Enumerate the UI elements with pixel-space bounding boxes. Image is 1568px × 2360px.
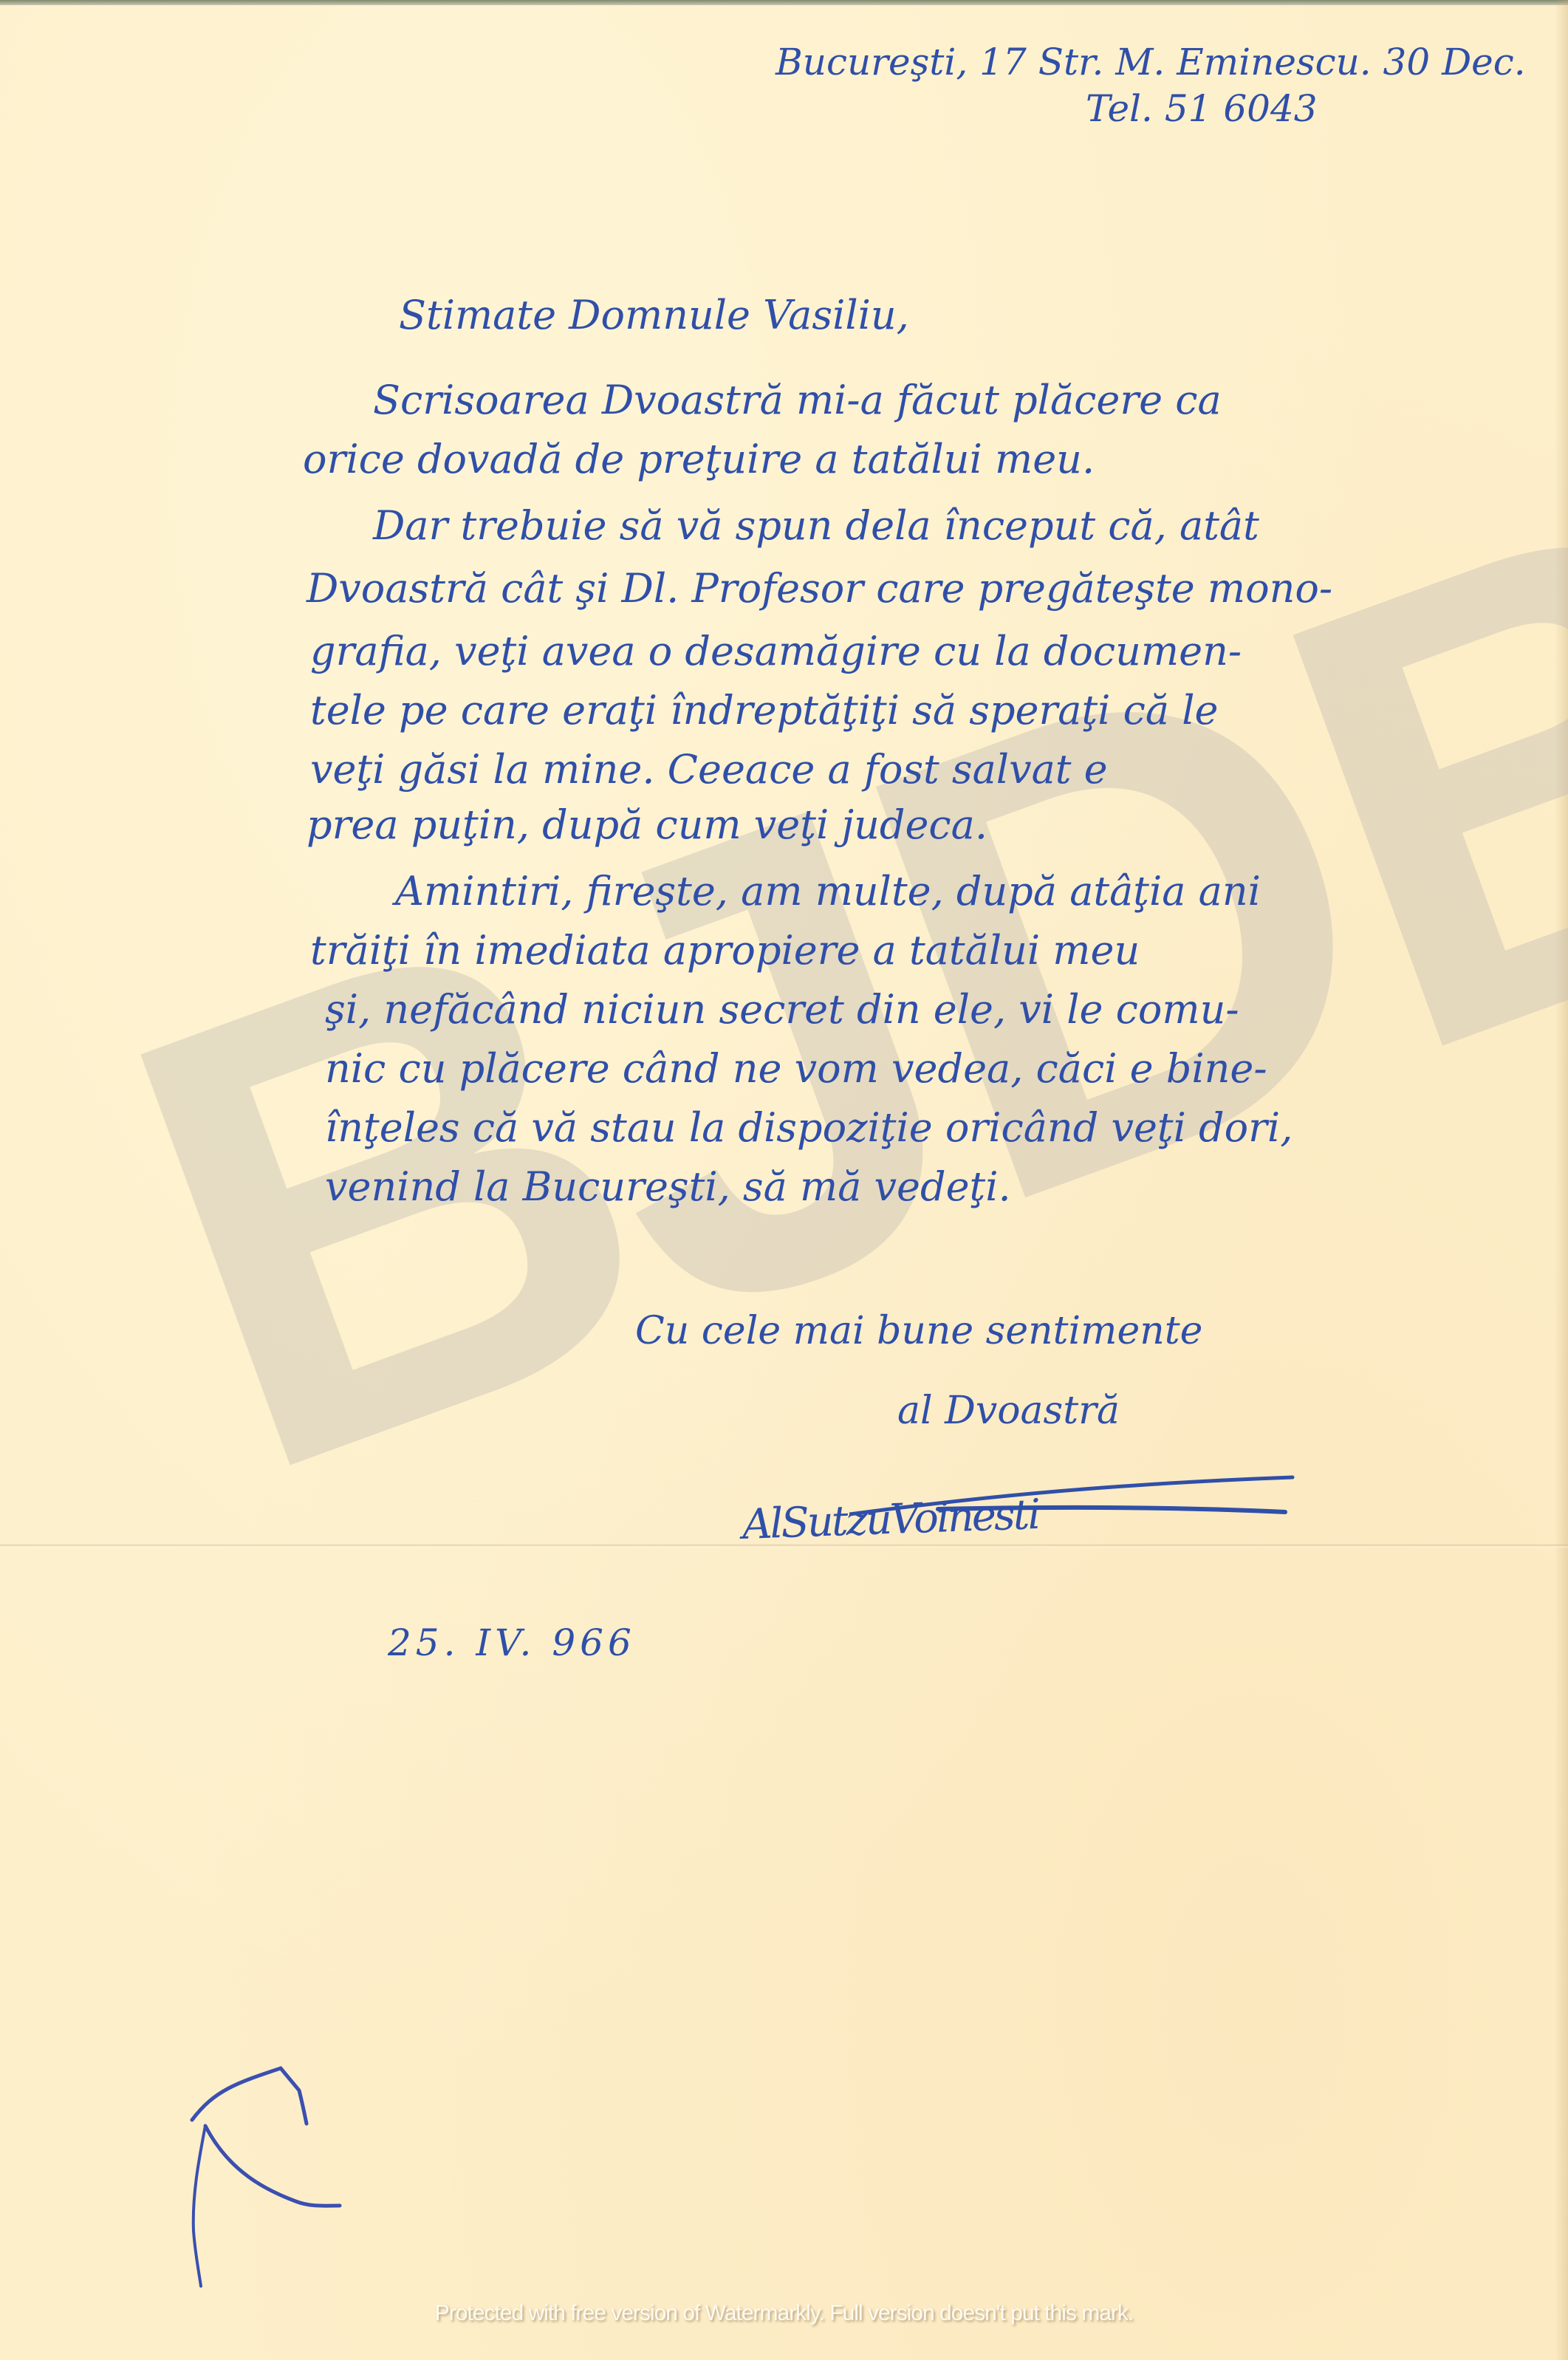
signature: AlSutzuVoinesti [742,1491,1039,1549]
body-line: prea puţin, după cum veţi judeca. [307,801,987,848]
letter-date: 25. IV. 966 [388,1621,636,1664]
scan-right-edge [1555,0,1568,2360]
letter-page: BJDB Bucureşti, 17 Str. M. Eminescu. 30 … [0,0,1568,2360]
closing-line: Cu cele mai bune sentimente [635,1309,1202,1353]
sender-address: Bucureşti, 17 Str. M. Eminescu. 30 Dec. [776,41,1526,83]
body-line: Scrisoarea Dvoastră mi-a făcut plăcere c… [373,377,1222,423]
body-line: înţeles că vă stau la dispoziţie oricând… [325,1104,1293,1151]
body-line: Amintiri, fireşte, am multe, după atâţia… [395,868,1261,914]
footer-watermark-text: Protected with free version of Watermark… [0,2301,1568,2326]
arrow-mark-icon [185,2061,347,2290]
body-line: grafia, veţi avea o desamăgire cu la doc… [310,628,1242,674]
body-line: trăiţi în imediata apropiere a tatălui m… [310,927,1140,974]
salutation: Stimate Domnule Vasiliu, [399,292,909,338]
body-line: Dar trebuie să vă spun dela început că, … [373,502,1259,549]
body-line: tele pe care eraţi îndreptăţiţi să spera… [310,687,1218,733]
body-line: veţi găsi la mine. Ceeace a fost salvat … [310,746,1108,793]
body-line: venind la Bucureşti, să mă vedeţi. [325,1163,1011,1210]
body-line: orice dovadă de preţuire a tatălui meu. [303,436,1095,482]
body-line: nic cu plăcere când ne vom vedea, căci e… [325,1045,1267,1092]
body-line: Dvoastră cât şi Dl. Profesor care pregăt… [307,565,1332,612]
scan-top-edge [0,0,1568,5]
body-line: şi, nefăcând niciun secret din ele, vi l… [325,986,1239,1033]
closing-sender: al Dvoastră [897,1389,1120,1433]
sender-phone: Tel. 51 6043 [1086,87,1318,130]
